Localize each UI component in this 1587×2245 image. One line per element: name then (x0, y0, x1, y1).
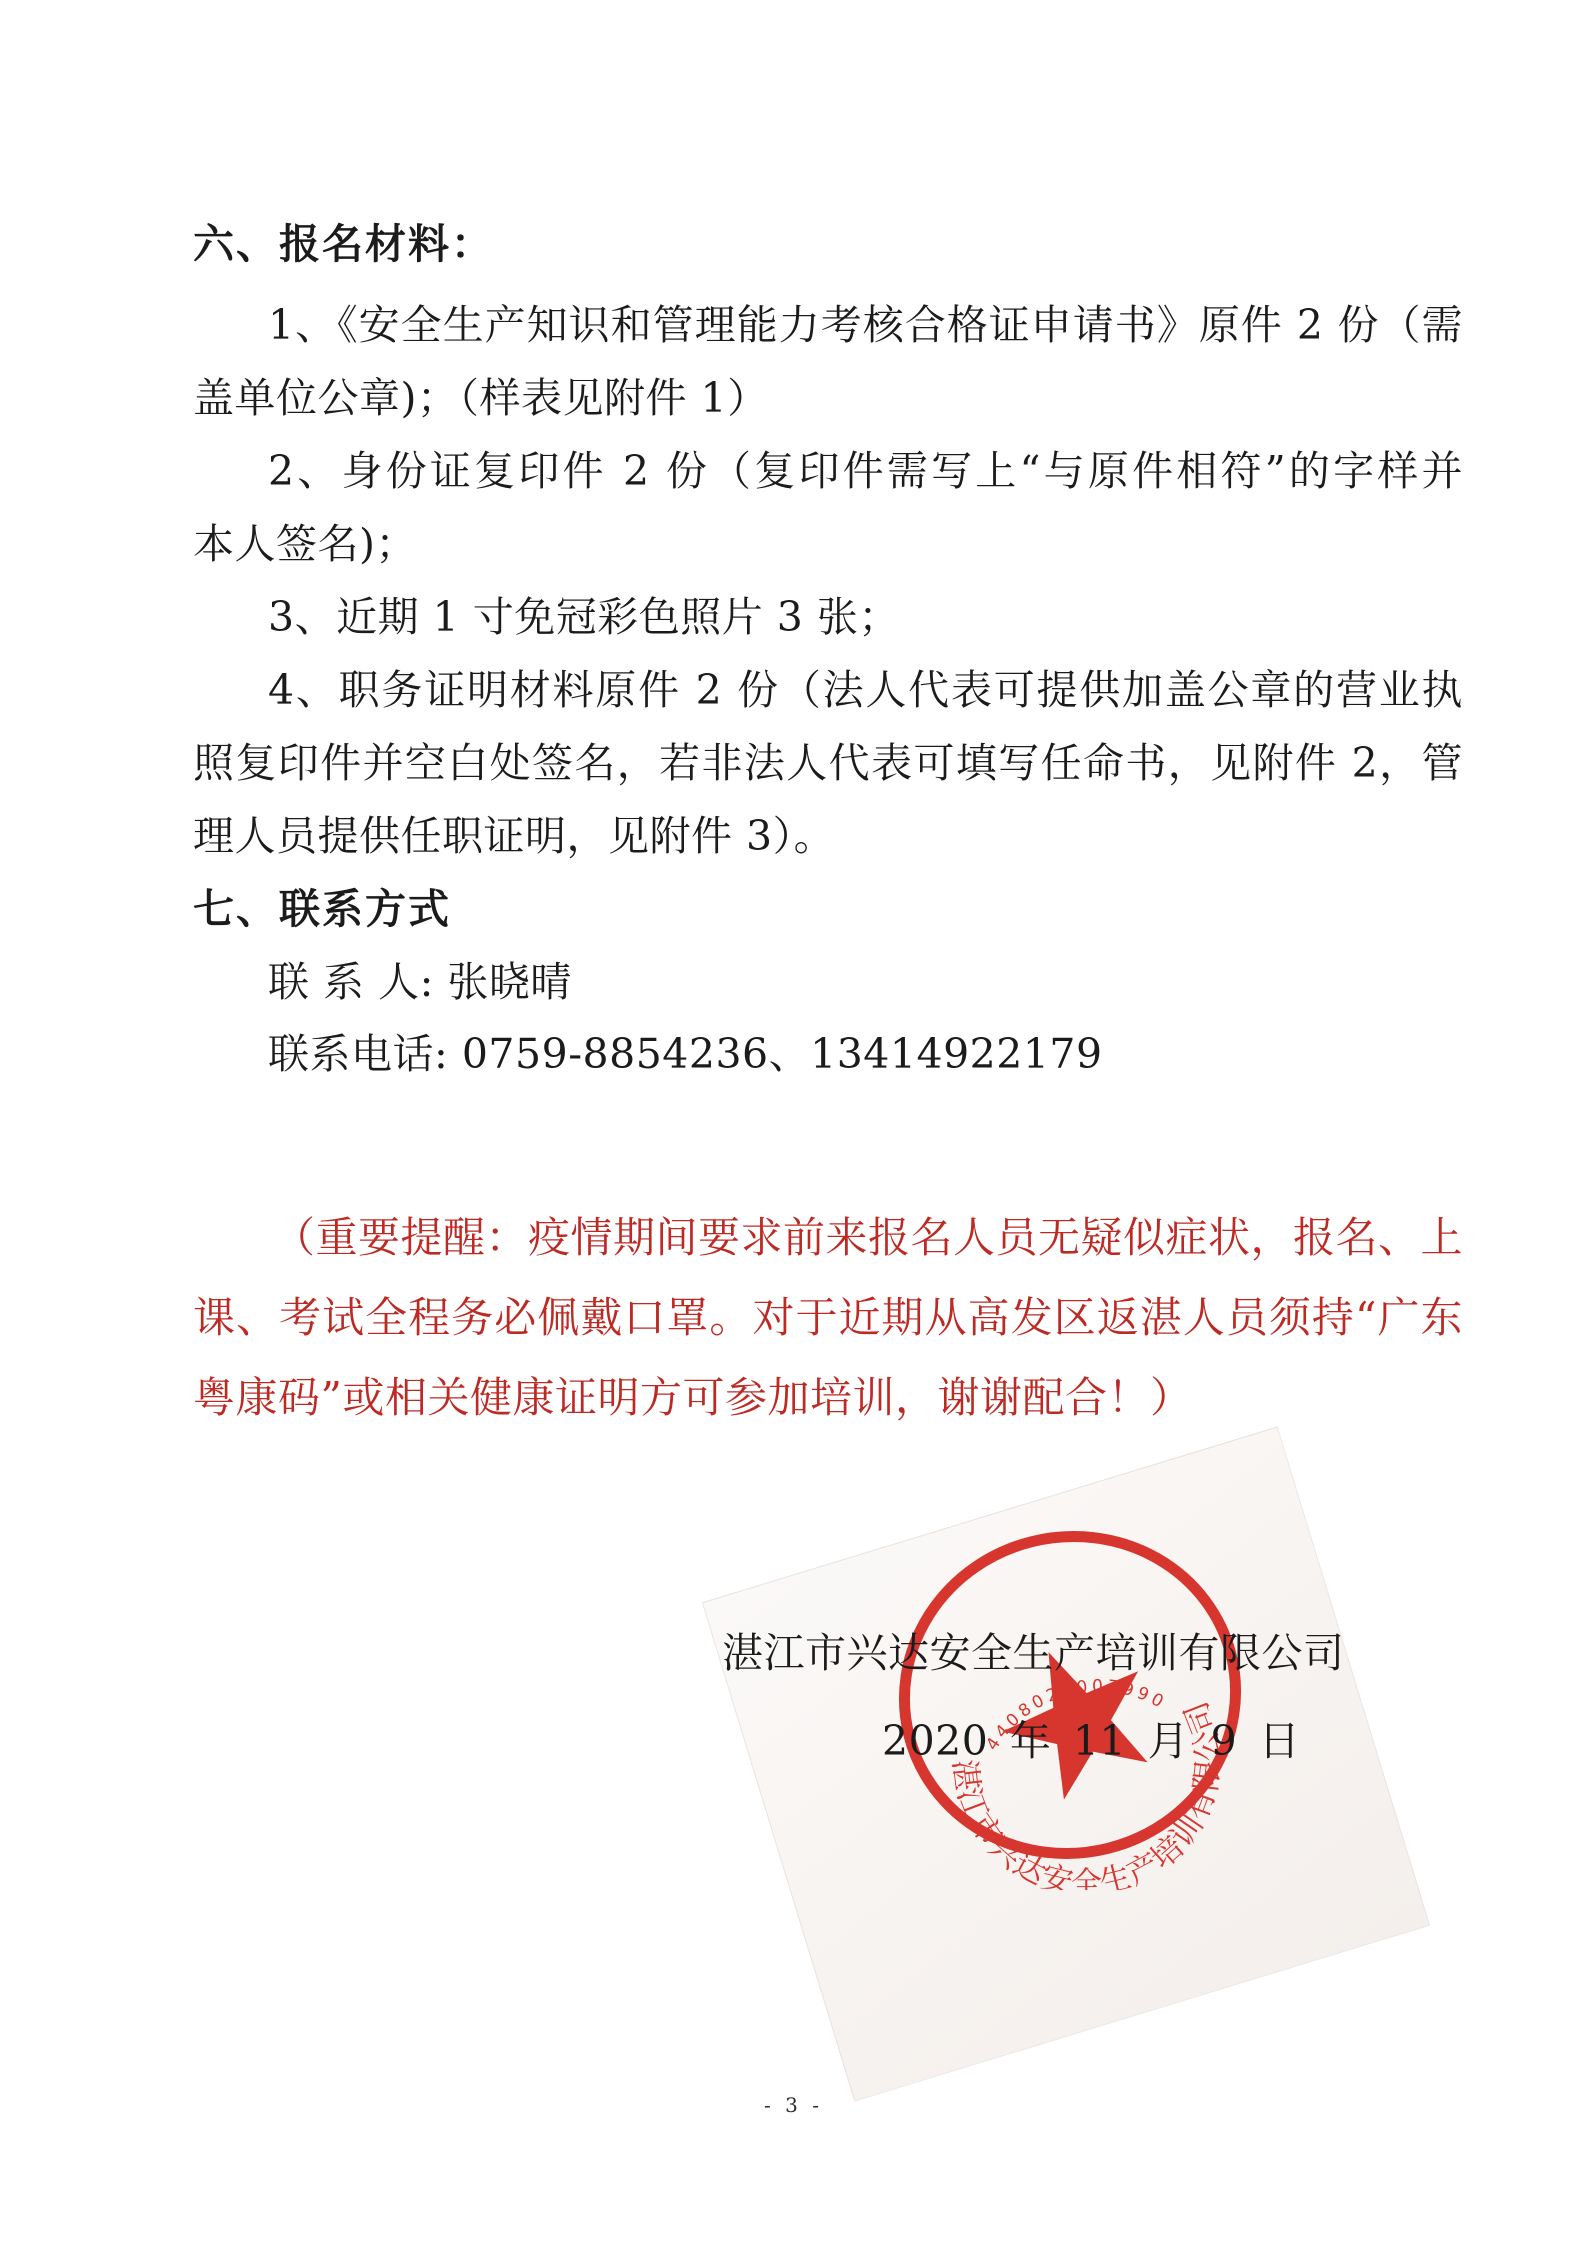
materials-item-4-line-1: 4、职务证明材料原件 2 份（法人代表可提供加盖公章的营业执 (193, 665, 1463, 715)
materials-item-3: 3、近期 1 寸免冠彩色照片 3 张； (193, 592, 1538, 642)
page-number: - 3 - (0, 2093, 1587, 2117)
reminder-line-1: （重要提醒：疫情期间要求前来报名人员无疑似症状，报名、上 (193, 1213, 1463, 1263)
section-heading-materials: 六、报名材料： (193, 219, 1463, 269)
signature-date: 2020 年 11 月 9 日 (882, 1716, 1382, 1766)
company-seal-stamp: 湛江市兴达安全生产培训有限公司 4408020007990 (875, 1500, 1265, 1890)
document-page: 六、报名材料： 1、《安全生产知识和管理能力考核合格证申请书》原件 2 份（需 … (0, 0, 1587, 2245)
contact-phone: 联系电话: 0759-8854236、13414922179 (193, 1029, 1538, 1079)
section-heading-contact: 七、联系方式 (193, 884, 1463, 934)
materials-item-1-line-2: 盖单位公章)；（样表见附件 1） (193, 373, 1463, 423)
reminder-line-3: 粤康码”或相关健康证明方可参加培训，谢谢配合！） (193, 1373, 1463, 1423)
materials-item-4-line-2: 照复印件并空白处签名，若非法人代表可填写任命书，见附件 2，管 (193, 738, 1463, 788)
materials-item-2-line-1: 2、身份证复印件 2 份（复印件需写上“与原件相符”的字样并 (193, 446, 1463, 496)
signature-company-name: 湛江市兴达安全生产培训有限公司 (722, 1628, 1422, 1678)
materials-item-2-line-2: 本人签名)； (193, 519, 1463, 569)
reminder-line-2: 课、考试全程务必佩戴口罩。对于近期从高发区返湛人员须持“广东 (193, 1293, 1463, 1343)
contact-person: 联 系 人: 张晓晴 (193, 957, 1538, 1007)
materials-item-1-line-1: 1、《安全生产知识和管理能力考核合格证申请书》原件 2 份（需 (193, 300, 1463, 350)
materials-item-4-line-3: 理人员提供任职证明，见附件 3）。 (193, 811, 1463, 861)
